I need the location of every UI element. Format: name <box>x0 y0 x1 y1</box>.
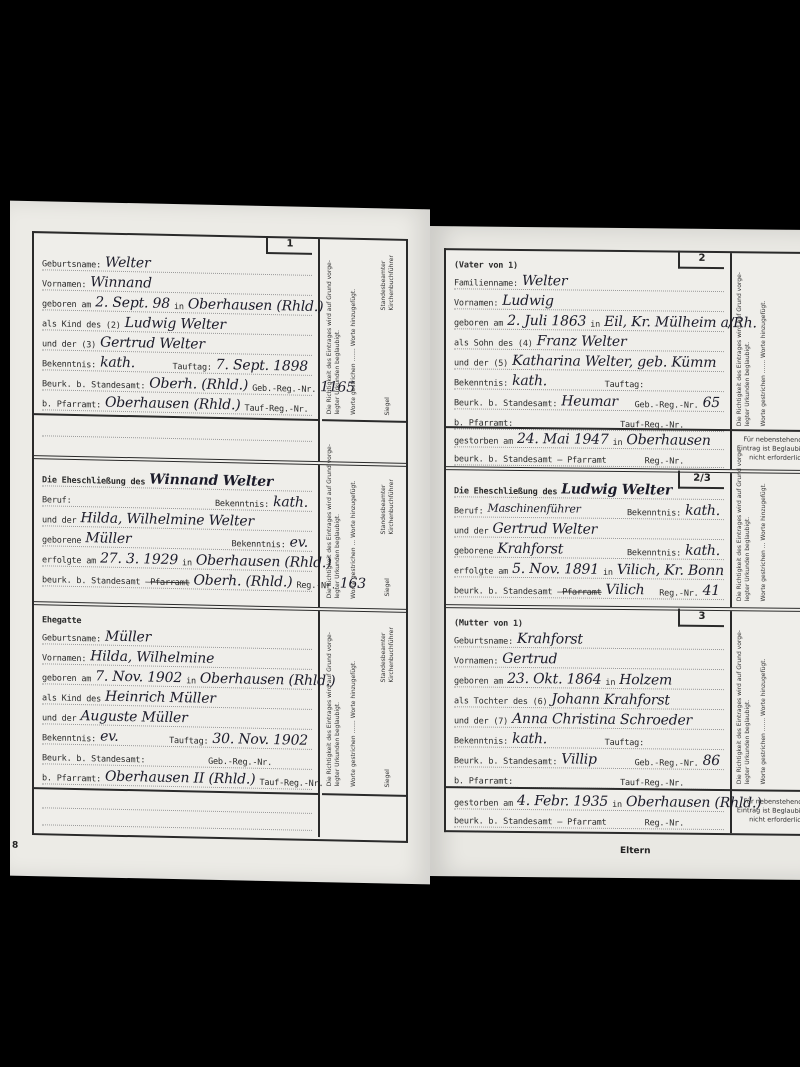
label: Vornamen: <box>42 279 86 290</box>
words-note: Worte gestrichen ....... Worte hinzugefü… <box>350 250 358 415</box>
label: beurk. b. Standesamt — <box>454 586 562 597</box>
mother-value: Katharina Welter, geb. Kümm <box>508 353 720 371</box>
right-page: 2 (Vater von 1) Familienname:Welter Vorn… <box>430 226 800 880</box>
family-name-row: Familienname:Welter <box>454 270 724 292</box>
confession-value: kath. <box>96 354 139 371</box>
label: Beurk. b. Standesamt: <box>42 379 145 391</box>
label: erfolgte am <box>42 555 96 566</box>
label: geborene <box>42 535 81 546</box>
label: Beurk. b. Standesamt: <box>454 756 557 767</box>
left-form-frame: 1 Geburtsname:Welter Vornamen:Winnand ge… <box>32 231 408 843</box>
groom-confession-value: kath. <box>269 494 312 511</box>
parish-value: Oberhausen II (Rhld.) <box>101 769 259 788</box>
label: Tauf-Reg.-Nr. <box>620 778 684 789</box>
words-note: Worte gestrichen ... Worte hinzugefügt. <box>350 474 358 599</box>
label: und der <box>42 713 76 724</box>
born-in-value: Oberhausen (Rhld.) <box>184 296 328 315</box>
verification-text: Die Richtigkeit des Eintrages wird auf G… <box>736 261 752 426</box>
label: und der (3) <box>42 339 96 350</box>
label: Tauf-Reg.-Nr. <box>259 778 323 789</box>
born-on-value: 2. Sept. 98 <box>91 294 174 312</box>
label: Bekenntnis: <box>454 736 508 747</box>
confession-value: kath. <box>508 373 551 389</box>
bride-nee-value: Krahforst <box>493 541 567 558</box>
right-form-frame: 2 (Vater von 1) Familienname:Welter Vorn… <box>444 248 800 836</box>
birth-name-value: Müller <box>101 629 155 646</box>
label: in <box>590 320 600 330</box>
birth-name-value: Welter <box>101 255 154 272</box>
label: in <box>186 676 196 686</box>
label: Geb.-Reg.-Nr. <box>208 757 272 768</box>
label: in <box>612 800 622 810</box>
label: Vornamen: <box>42 653 86 664</box>
death-recorded-row: beurk. b. Standesamt — PfarramtReg.-Nr. <box>454 808 724 830</box>
label: Familienname: <box>454 278 518 289</box>
blank-line <box>42 421 312 442</box>
baptism-day-value: 7. Sept. 1898 <box>212 357 312 375</box>
birth-reg-no-value: 86 <box>699 753 724 769</box>
recorded-at-value: Vilich <box>602 582 649 598</box>
entry-number: 1 <box>266 236 312 255</box>
verification-column: Die Richtigkeit des Eintrages wird auf G… <box>322 239 406 463</box>
label: Geburtsname: <box>454 636 513 647</box>
confession-row: Bekenntnis:kath.Tauftag: <box>454 728 724 750</box>
marriage-groom-row: Die Eheschließung desLudwig Welter <box>454 478 724 500</box>
struck-label: Pfarramt <box>562 587 601 597</box>
first-names-row: Vornamen:Ludwig <box>454 290 724 312</box>
marriage-date-value: 5. Nov. 1891 <box>508 561 603 578</box>
words-note: Worte gestrichen ... Worte hinzugefügt. <box>760 481 768 601</box>
label: Bekenntnis: <box>627 508 681 519</box>
label: Bekenntnis: <box>215 499 269 510</box>
born-in-value: Holzem <box>615 672 676 689</box>
father-value: Heinrich Müller <box>101 689 220 707</box>
label: (Vater von 1) <box>454 260 518 271</box>
label: Tauftag: <box>169 736 208 747</box>
born-on-value: 23. Okt. 1864 <box>503 671 605 688</box>
label: geboren am <box>42 299 91 310</box>
verification-text: Die Richtigkeit des Eintrages wird auf G… <box>326 621 342 786</box>
label: Bekenntnis: <box>627 548 681 559</box>
recorded-at-value: Oberh. (Rhld.) <box>190 572 297 590</box>
spouse-section: Ehegatte Geburtsname:Müller Vornamen:Hil… <box>34 605 406 839</box>
verification-column: Die Richtigkeit des Eintrages wird auf G… <box>322 465 406 609</box>
label: geboren am <box>454 676 503 687</box>
verification-column: Die Richtigkeit des Eintrages wird auf G… <box>322 611 406 839</box>
mother-value: Anna Christina Schroeder <box>508 711 696 729</box>
entry-2-section: 2 (Vater von 1) Familienname:Welter Vorn… <box>446 250 800 474</box>
label: Die Eheschließung des <box>42 475 145 487</box>
label: beurk. b. Standesamt — Pfarramt <box>454 454 606 466</box>
label: geboren am <box>42 673 91 684</box>
verification-text: Die Richtigkeit des Eintrages wird auf G… <box>326 473 342 598</box>
label: Geb.-Reg.-Nr. <box>635 758 699 769</box>
entry-3-section: 3 (Mutter von 1) Geburtsname:Krahforst V… <box>446 608 800 834</box>
no-certification-note: Für nebenstehendenEintrag ist Beglaubigu… <box>732 797 800 825</box>
mother-row: und der (5)Katharina Welter, geb. Kümm <box>454 350 724 372</box>
label: als Sohn des (4) <box>454 338 533 349</box>
registry-row: Beurk. b. Standesamt:VillipGeb.-Reg.-Nr.… <box>454 748 724 770</box>
father-value: Ludwig Welter <box>121 315 230 333</box>
verification-column: Die Richtigkeit des Eintrages wird auf G… <box>732 611 800 834</box>
father-value: Franz Welter <box>533 333 631 350</box>
label: Bekenntnis: <box>42 359 96 370</box>
label: Geburtsname: <box>42 633 101 644</box>
confession-value: kath. <box>508 731 551 747</box>
label: und der <box>42 515 76 526</box>
left-page: 1 Geburtsname:Welter Vornamen:Winnand ge… <box>10 201 430 885</box>
confession-value: ev. <box>96 728 122 745</box>
confession-row: Bekenntnis:kath.Tauftag: <box>454 370 724 392</box>
page-number: 8 <box>12 841 18 851</box>
label: b. Pfarramt: <box>42 399 101 410</box>
family-name-value: Welter <box>518 273 571 290</box>
registry-row: Beurk. b. Standesamt:HeumarGeb.-Reg.-Nr.… <box>454 390 724 412</box>
label: Beruf: <box>454 506 484 516</box>
baptism-day-value: 30. Nov. 1902 <box>208 731 312 749</box>
father-row: als Tochter des (6)Johann Krahforst <box>454 688 724 710</box>
occupation-value: Maschinenführer <box>484 501 585 518</box>
label: gestorben am <box>454 798 513 809</box>
words-note: Worte gestrichen ....... Worte hinzugefü… <box>760 619 768 784</box>
label: Beurk. b. Standesamt: <box>454 398 557 409</box>
birth-reg-no-value: 65 <box>699 395 724 411</box>
marriage-2-3-section: 2/3 Die Eheschließung desLudwig Welter B… <box>446 470 800 612</box>
entry-1-section: 1 Geburtsname:Welter Vornamen:Winnand ge… <box>34 233 406 467</box>
label: in <box>613 438 623 448</box>
label: in <box>182 558 192 568</box>
label: in <box>603 568 613 578</box>
bride-nee-value: Müller <box>81 530 135 547</box>
label: Tauf-Reg.-Nr. <box>245 404 309 415</box>
mother-row: und der (7)Anna Christina Schroeder <box>454 708 724 730</box>
verification-text: Die Richtigkeit des Eintrages wird auf G… <box>326 249 342 414</box>
died-on-value: 24. Mai 1947 <box>513 431 613 448</box>
label: und der (7) <box>454 716 508 727</box>
marriage-date-value: 27. 3. 1929 <box>96 550 182 568</box>
label: als Kind des <box>42 693 101 704</box>
page-footer-title: Eltern <box>620 846 651 856</box>
label: Die Eheschließung des <box>454 486 557 497</box>
label: geborene <box>454 546 493 556</box>
label: Tauftag: <box>605 380 644 390</box>
first-names-row: Vornamen:Gertrud <box>454 648 724 670</box>
official-title: StandesbeamterKirchenbuchführer <box>380 250 396 310</box>
marriage-date-row: erfolgte am5. Nov. 1891inVilich, Kr. Bon… <box>454 558 724 580</box>
label: Tauftag: <box>605 738 644 748</box>
label: und der (5) <box>454 358 508 369</box>
blank-line <box>42 810 312 831</box>
registry-office-value: Oberh. (Rhld.) <box>145 375 252 393</box>
label: Geburtsname: <box>42 259 101 270</box>
born-row: geboren am23. Okt. 1864inHolzem <box>454 668 724 690</box>
born-row: geboren am2. Juli 1863inEil, Kr. Mülheim… <box>454 310 724 332</box>
died-in-value: Oberhausen <box>622 432 714 449</box>
label: beurk. b. Standesamt — <box>42 575 150 587</box>
born-on-value: 2. Juli 1863 <box>503 313 590 330</box>
bride-nee-row: geboreneKrahforstBekenntnis:kath. <box>454 538 724 560</box>
label: Reg.-Nr. <box>645 818 684 828</box>
label: (Mutter von 1) <box>454 618 523 629</box>
marriage-1-section: Die Eheschließung desWinnand Welter Beru… <box>34 459 406 613</box>
marriage-place-value: Vilich, Kr. Bonn <box>613 562 728 579</box>
father-value: Johann Krahforst <box>547 691 673 708</box>
label: geboren am <box>454 318 503 329</box>
birth-name-value: Krahforst <box>513 631 587 648</box>
label: als Tochter des (6) <box>454 696 547 707</box>
mother-value: Gertrud Welter <box>96 334 209 352</box>
bride-row: und derGertrud Welter <box>454 518 724 540</box>
seal-label: Siegel <box>384 762 392 787</box>
first-names-value: Hilda, Wilhelmine <box>86 648 218 667</box>
label: Reg.-Nr. <box>659 588 698 598</box>
bride-confession-value: kath. <box>681 543 724 559</box>
label: b. Pfarramt: <box>42 773 101 784</box>
label: gestorben am <box>454 436 513 447</box>
struck-label: Pfarramt <box>150 578 189 589</box>
label: Beruf: <box>42 495 72 506</box>
verification-text: Die Richtigkeit des Eintrages wird auf G… <box>736 619 752 784</box>
label: Tauftag: <box>172 362 211 373</box>
registry-office-value: Villip <box>557 751 601 767</box>
label: erfolgte am <box>454 566 508 577</box>
father-row: als Sohn des (4)Franz Welter <box>454 330 724 352</box>
first-names-value: Gertrud <box>498 651 561 668</box>
born-in-value: Oberhausen (Rhld.) <box>196 670 340 689</box>
seal-label: Siegel <box>384 571 392 596</box>
verification-column: Die Richtigkeit des Eintrages wird auf G… <box>732 253 800 470</box>
official-title: StandesbeamterKirchenbuchführer <box>380 622 396 682</box>
label: Beurk. b. Standesamt: <box>42 753 145 765</box>
bride-confession-value: ev. <box>286 534 312 551</box>
label: Bekenntnis: <box>232 539 286 550</box>
label: Bekenntnis: <box>454 378 508 389</box>
groom-confession-value: kath. <box>681 503 724 519</box>
verification-text: Die Richtigkeit des Eintrages wird auf G… <box>736 481 752 601</box>
label: und der <box>454 526 488 536</box>
verification-column: Die Richtigkeit des Eintrages wird auf G… <box>732 473 800 608</box>
label: als Kind des (2) <box>42 319 121 331</box>
official-title: StandesbeamterKirchenbuchführer <box>380 474 396 534</box>
died-on-value: 4. Febr. 1935 <box>513 793 612 810</box>
label: Geb.-Reg.-Nr. <box>252 384 316 395</box>
marriage-place-value: Oberhausen (Rhld.) <box>192 552 336 571</box>
label: in <box>605 678 615 688</box>
first-names-value: Winnand <box>86 274 156 291</box>
bride-value: Gertrud Welter <box>488 521 601 538</box>
mother-value: Auguste Müller <box>76 708 191 726</box>
label: beurk. b. Standesamt — Pfarramt <box>454 816 606 828</box>
groom-value: Winnand Welter <box>145 471 277 490</box>
first-names-value: Ludwig <box>498 293 558 310</box>
label: Bekenntnis: <box>42 733 96 744</box>
words-note: Worte gestrichen ....... Worte hinzugefü… <box>350 622 358 787</box>
groom-value: Ludwig Welter <box>557 481 676 498</box>
seal-label: Siegel <box>384 390 392 415</box>
death-recorded-row: beurk. b. Standesamt — PfarramtReg.-Nr. <box>454 446 724 468</box>
bride-value: Hilda, Wilhelmine Welter <box>76 510 258 530</box>
occupation-row: Beruf:MaschinenführerBekenntnis:kath. <box>454 498 724 520</box>
parish-value: Oberhausen (Rhld.) <box>101 395 245 414</box>
label: Reg.-Nr. <box>645 456 684 466</box>
label: in <box>174 302 184 312</box>
label: b. Pfarramt: <box>454 776 513 787</box>
birth-name-row: Geburtsname:Krahforst <box>454 628 724 650</box>
registry-office-value: Heumar <box>557 393 622 410</box>
born-on-value: 7. Nov. 1902 <box>91 668 186 686</box>
marriage-recorded-row: beurk. b. Standesamt —PfarramtVilichReg.… <box>454 578 724 600</box>
label: Vornamen: <box>454 298 498 308</box>
label: Vornamen: <box>454 656 498 666</box>
words-note: Worte gestrichen ....... Worte hinzugefü… <box>760 261 768 426</box>
reg-no-value: 41 <box>699 583 724 599</box>
label: Geb.-Reg.-Nr. <box>635 400 699 411</box>
